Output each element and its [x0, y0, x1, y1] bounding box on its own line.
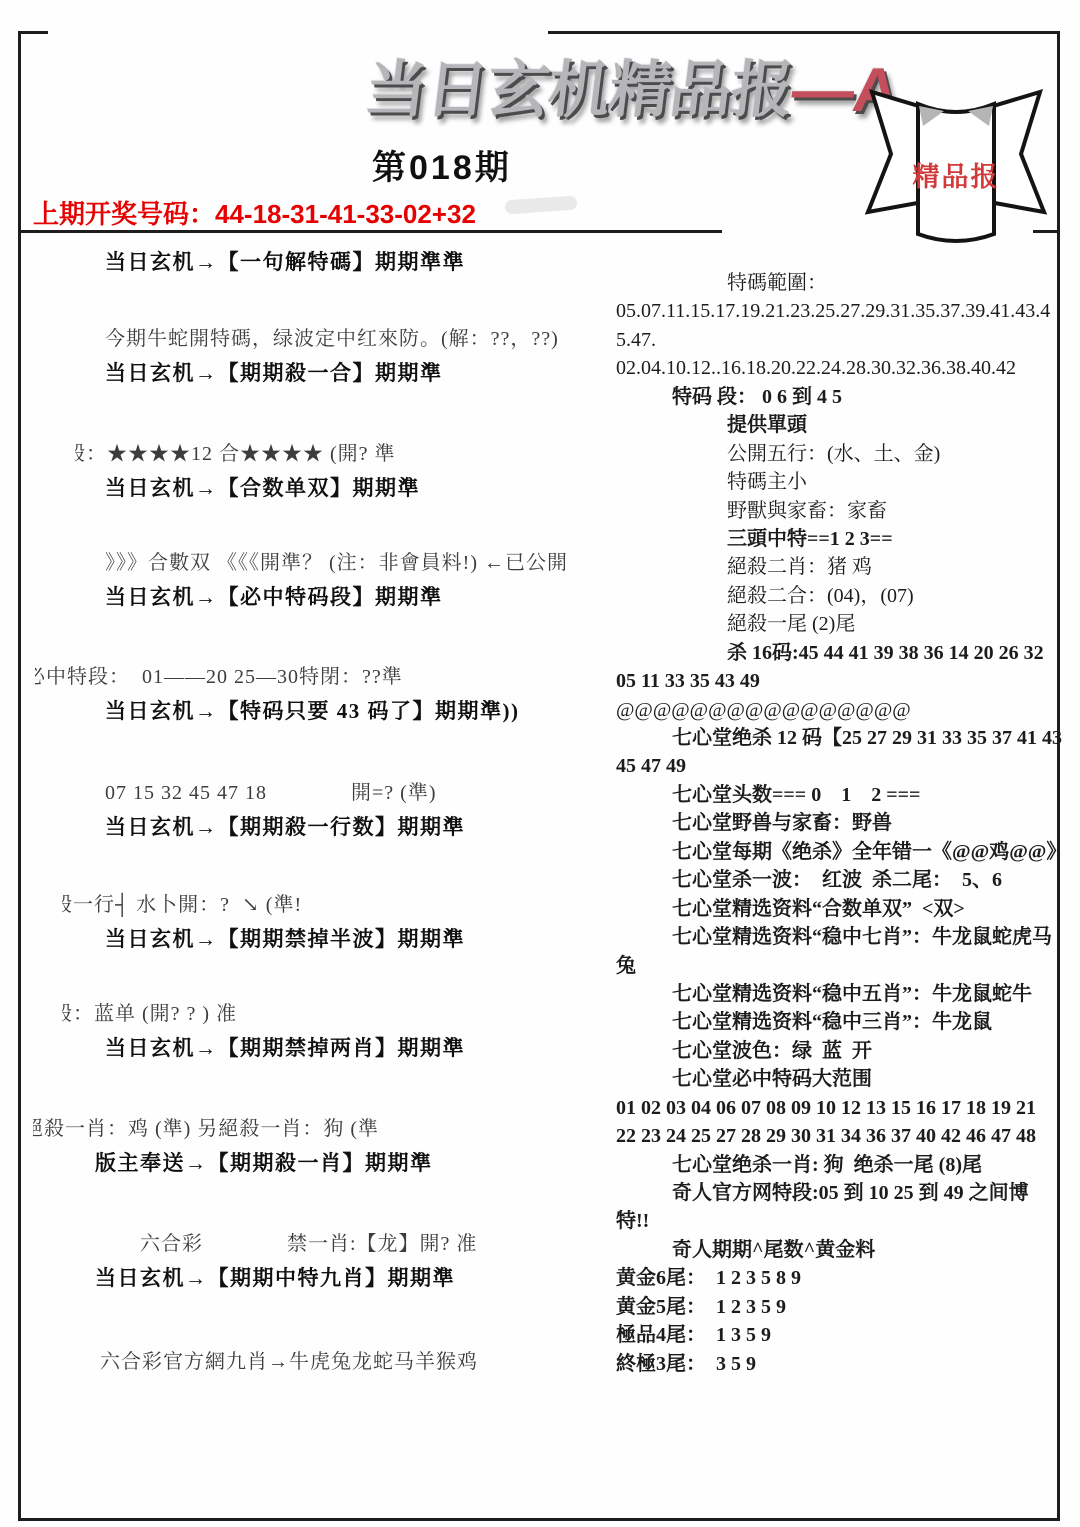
right-column-line: 05 11 33 35 43 49: [608, 667, 1060, 695]
tip-text: 当日玄机→【合数单双】期期準: [105, 476, 420, 500]
tip-text: ：蓝单 (開? ? ) 准: [73, 1003, 237, 1025]
tip-text: 当日玄机→【一句解特碼】期期準準: [105, 250, 465, 274]
tip-hint-line: 07 15 32 45 47 18 開=? (準): [20, 776, 685, 810]
tip-section-4: 》》》合數双 《《《開準？ (注：非會員料!) ←已公開 当日玄机→【必中特码段…: [20, 546, 685, 614]
tip-main-line: 版主奉送→【期期殺一肖】期期準: [20, 1146, 685, 1180]
right-column-line: 七心堂绝杀 12 码【25 27 29 31 33 35 37 41 43: [608, 724, 1060, 752]
right-column-line: 22 23 24 25 27 28 29 30 31 34 36 37 40 4…: [608, 1122, 1060, 1150]
tip-text: 六合彩官方網九肖→牛虎兔龙蛇马羊猴鸡: [100, 1351, 478, 1373]
tip-text: 当日玄机→【期期禁掉半波】期期準: [105, 927, 465, 951]
right-column-line: 特码 段： 0 6 到 4 5: [608, 383, 1060, 411]
tip-section-5: 必中特段： 01——20 25—30特閉：??準 当日玄机→【特码只要 43 码…: [20, 660, 685, 728]
nine-zodiac-line: 六合彩官方網九肖→牛虎兔龙蛇马羊猴鸡: [20, 1345, 685, 1379]
tip-hint-line: 六合彩 禁一肖:【龙】開? 准: [20, 1227, 685, 1261]
frame-bottom-border: [18, 1518, 1060, 1521]
right-column-line: 七心堂精选资料“稳中五肖”：牛龙鼠蛇牛: [608, 980, 1060, 1008]
right-column-line: 七心堂必中特码大范围: [608, 1065, 1060, 1093]
tip-main-line: 当日玄机→【期期禁掉半波】期期準: [20, 922, 685, 956]
right-column-line: 終極3尾： 3 5 9: [608, 1350, 1060, 1378]
right-column-line: 絕殺二肖：猪 鸡: [608, 553, 1060, 581]
tip-section-3: 殺：★★★★12 合★★★★ (開? 準 当日玄机→【合数单双】期期準: [20, 437, 685, 505]
right-column-line: 七心堂绝杀一肖: 狗 绝杀一尾 (8)尾: [608, 1151, 1060, 1179]
tip-text: 当日玄机→【期期禁掉两肖】期期準: [105, 1036, 465, 1060]
right-column-line: 特碼主小: [608, 468, 1060, 496]
masthead-main-text: 当日玄机精品报: [361, 56, 796, 125]
tip-section-10: 六合彩 禁一肖:【龙】開? 准 当日玄机→【期期中特九肖】期期準: [20, 1227, 685, 1295]
clipped-char: 殺: [75, 437, 86, 471]
right-column-line: 野獸與家畜：家畜: [608, 497, 1060, 525]
tip-section-8: 殺：蓝单 (開? ? ) 准 当日玄机→【期期禁掉两肖】期期準: [20, 997, 685, 1065]
tip-text: 版主奉送→【期期殺一肖】期期準: [95, 1151, 433, 1175]
tip-hint-line: 殺：★★★★12 合★★★★ (開? 準: [20, 437, 685, 471]
tip-hint-line: 絕殺一肖：鸡 (準) 另絕殺一肖：狗 (準: [20, 1112, 685, 1146]
right-column-line: 特碼範圍：: [608, 269, 1060, 297]
right-column-line: 奇人期期^尾数^黄金料: [608, 1236, 1060, 1264]
right-column-line: 七心堂野兽与家畜：野兽: [608, 809, 1060, 837]
tip-text: 07 15 32 45 47 18 開=? (準): [105, 782, 436, 804]
right-column-line: 七心堂头数=== 0 1 2 ===: [608, 781, 1060, 809]
right-column-line: @@@@@@@@@@@@@@@@: [608, 696, 1060, 724]
right-column-line: 05.07.11.15.17.19.21.23.25.27.29.31.35.3…: [608, 297, 1060, 325]
right-column-line: 三頭中特==1 2 3==: [608, 525, 1060, 553]
tip-section-1: 当日玄机→【一句解特碼】期期準準: [20, 245, 685, 279]
ribbon-label: 精品报: [913, 161, 1000, 192]
right-column-line: 七心堂杀一波： 红波 杀二尾： 5、6: [608, 866, 1060, 894]
tip-text: 》》》合數双 《《《開準？ (注：非會員料!) ←已公開: [105, 552, 568, 574]
issue-number: 第018期: [372, 140, 512, 189]
tip-text: 一行┤ 水卜開：? ↘ (準!: [73, 894, 302, 916]
right-column-line: 絕殺一尾 (2)尾: [608, 610, 1060, 638]
last-draw-numbers: 上期开奖号码：44-18-31-41-33-02+32: [33, 194, 476, 231]
tip-text: 当日玄机→【期期中特九肖】期期準: [95, 1266, 455, 1290]
clipped-char: 殺: [62, 997, 73, 1031]
tip-main-line: 当日玄机→【必中特码段】期期準: [20, 580, 685, 614]
tip-section-footer: 六合彩官方網九肖→牛虎兔龙蛇马羊猴鸡: [20, 1345, 685, 1379]
masthead-title: 当日玄机精品报—A: [361, 40, 904, 129]
right-column-line: 七心堂每期《绝杀》全年错一《@@鸡@@》: [608, 838, 1060, 866]
tip-text: 当日玄机→【必中特码段】期期準: [105, 585, 443, 609]
tip-main-line: 当日玄机→【期期禁掉两肖】期期準: [20, 1031, 685, 1065]
tip-main-line: 当日玄机→【特码只要 43 码了】期期準)): [20, 694, 685, 728]
clipped-char: 殺: [62, 888, 73, 922]
right-column-line: 提供單頭: [608, 411, 1060, 439]
right-column-line: 黄金5尾： 1 2 3 5 9: [608, 1293, 1060, 1321]
right-column-line: 七心堂波色：绿 蓝 开: [608, 1037, 1060, 1065]
right-column-line: 5.47.: [608, 326, 1060, 354]
tip-hint-line: 殺：蓝单 (開? ? ) 准: [20, 997, 685, 1031]
right-column-line: 七心堂精选资料“合数单双” <双>: [608, 895, 1060, 923]
tip-text: 当日玄机→【特码只要 43 码了】期期準)): [105, 699, 520, 723]
tip-main-line: 当日玄机→【期期殺一合】期期準: [20, 356, 685, 390]
tip-sheet-page: 当日玄机精品报—A 第018期 上期开奖号码：44-18-31-41-33-02…: [0, 0, 1080, 1527]
masthead-dash: —: [788, 56, 857, 125]
right-column-line: 01 02 03 04 06 07 08 09 10 12 13 15 16 1…: [608, 1094, 1060, 1122]
right-column-line: 極品4尾： 1 3 5 9: [608, 1321, 1060, 1349]
tip-section-6: 07 15 32 45 47 18 開=? (準) 当日玄机→【期期殺一行数】期…: [20, 776, 685, 844]
right-column-line: 黄金6尾： 1 2 3 5 8 9: [608, 1264, 1060, 1292]
right-column-line: 七心堂精选资料“稳中三肖”：牛龙鼠: [608, 1008, 1060, 1036]
tip-section-9: 絕殺一肖：鸡 (準) 另絕殺一肖：狗 (準 版主奉送→【期期殺一肖】期期準: [20, 1112, 685, 1180]
tip-hint-line: 殺一行┤ 水卜開：? ↘ (準!: [20, 888, 685, 922]
right-column-line: 七心堂精选资料“稳中七肖”：牛龙鼠蛇虎马: [608, 923, 1060, 951]
ribbon-badge: 精品报: [858, 64, 1054, 254]
tip-section-2: 今期牛蛇開特碼，绿波定中红來防。(解：??，??) 当日玄机→【期期殺一合】期期…: [20, 322, 685, 390]
right-column-line: 45 47 49: [608, 752, 1060, 780]
tip-text: 当日玄机→【期期殺一合】期期準: [105, 361, 443, 385]
frame-top-gap: [48, 29, 548, 36]
print-smudge: [505, 196, 578, 215]
right-column-line: 特!!: [608, 1207, 1060, 1235]
header-divider-left: [20, 230, 722, 233]
tip-section-7: 殺一行┤ 水卜開：? ↘ (準! 当日玄机→【期期禁掉半波】期期準: [20, 888, 685, 956]
tip-text: 今期牛蛇開特碼，绿波定中红來防。(解：??，??): [105, 328, 559, 350]
tip-main-line: 当日玄机→【一句解特碼】期期準準: [20, 245, 685, 279]
tip-text: 中特段： 01——20 25—30特閉：??準: [46, 666, 403, 688]
tip-main-line: 当日玄机→【合数单双】期期準: [20, 471, 685, 505]
right-column-line: 絕殺二合：(04)，(07): [608, 582, 1060, 610]
right-column-line: 奇人官方网特段:05 到 10 25 到 49 之间博: [608, 1179, 1060, 1207]
tip-text: 六合彩 禁一肖:【龙】開? 准: [140, 1233, 477, 1255]
tip-text: ：★★★★12 合★★★★ (開? 準: [86, 443, 396, 465]
tip-hint-line: 》》》合數双 《《《開準？ (注：非會員料!) ←已公開: [20, 546, 685, 580]
tip-text: 殺一肖：鸡 (準) 另絕殺一肖：狗 (準: [44, 1118, 379, 1140]
clipped-char: 絕: [33, 1112, 44, 1146]
tip-main-line: 当日玄机→【期期殺一行数】期期準: [20, 810, 685, 844]
right-column-line: 兔: [608, 952, 1060, 980]
right-column: 特碼範圍：05.07.11.15.17.19.21.23.25.27.29.31…: [608, 269, 1060, 1378]
tip-main-line: 当日玄机→【期期中特九肖】期期準: [20, 1261, 685, 1295]
right-column-line: 02.04.10.12..16.18.20.22.24.28.30.32.36.…: [608, 354, 1060, 382]
tip-hint-line: 必中特段： 01——20 25—30特閉：??準: [20, 660, 685, 694]
clipped-char: 必: [35, 660, 46, 694]
right-column-line: 杀 16码:45 44 41 39 38 36 14 20 26 32: [608, 639, 1060, 667]
right-column-line: 公開五行：(水、土、金): [608, 440, 1060, 468]
tip-hint-line: 今期牛蛇開特碼，绿波定中红來防。(解：??，??): [20, 322, 685, 356]
tip-text: 当日玄机→【期期殺一行数】期期準: [105, 815, 465, 839]
